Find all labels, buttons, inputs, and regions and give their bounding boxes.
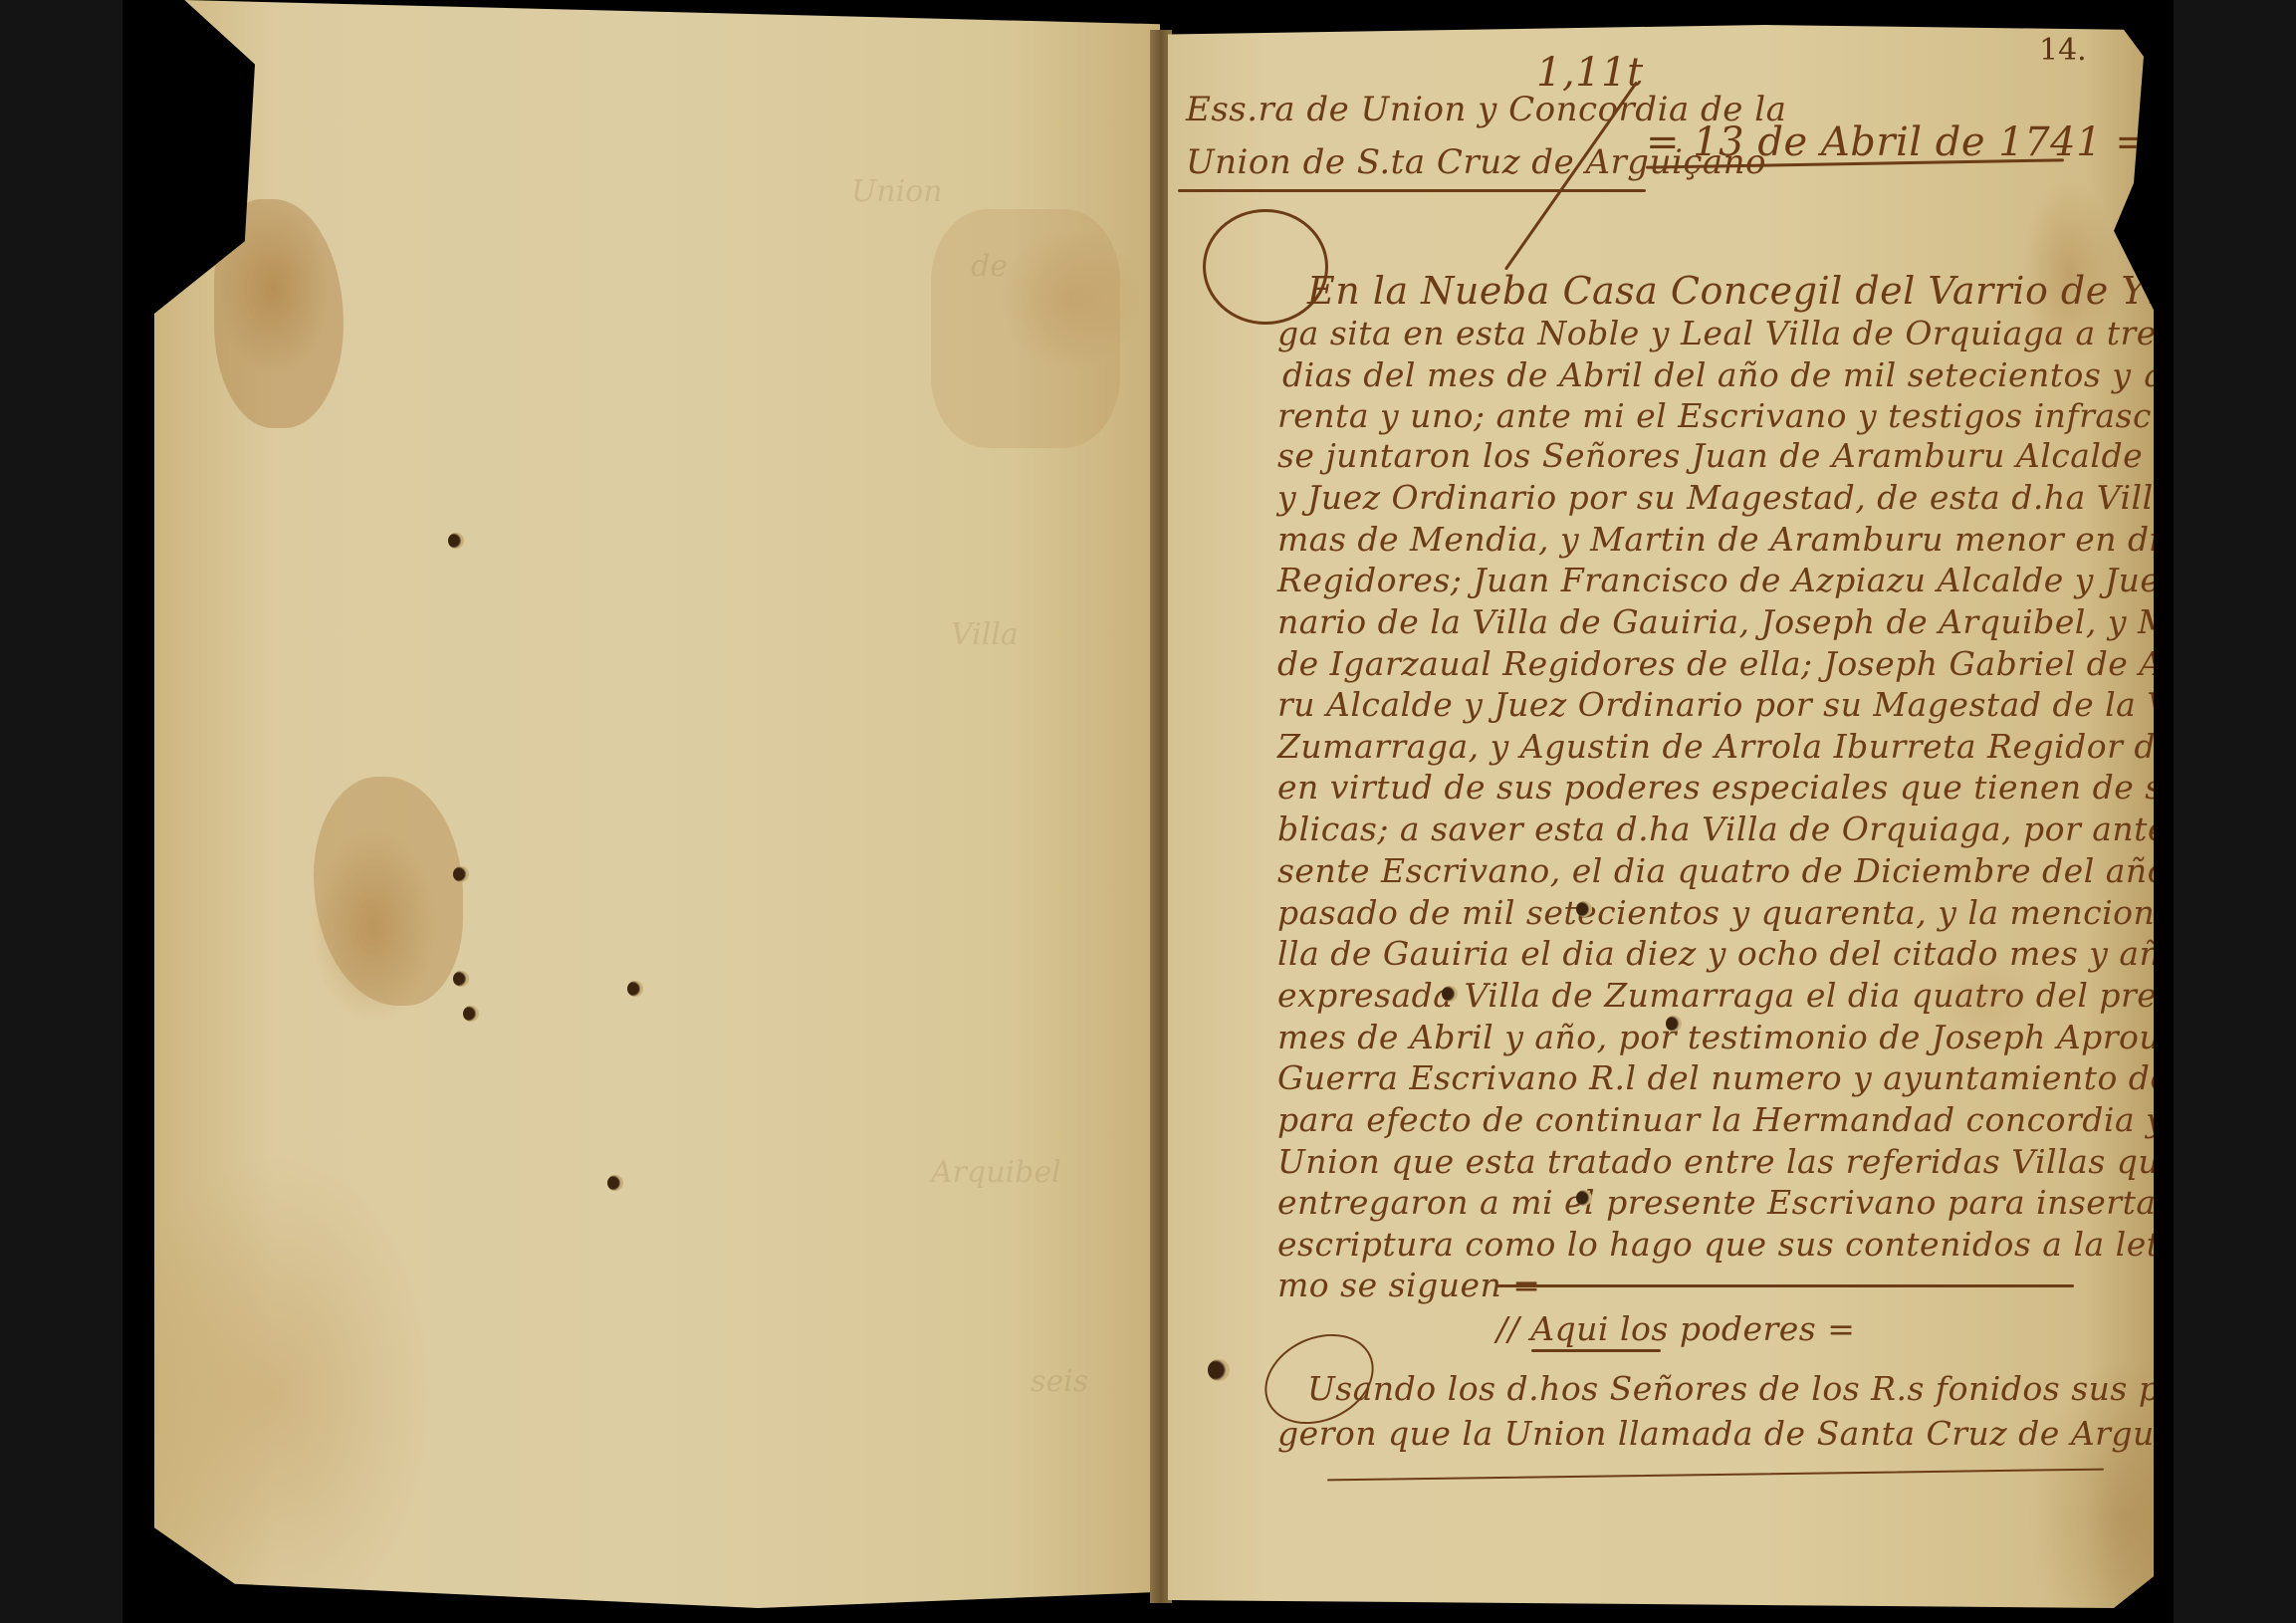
worm-hole	[607, 1175, 623, 1191]
water-stain	[214, 199, 344, 428]
body-line: blicas; a saver esta d.ha Villa de Orqui…	[1277, 810, 2174, 848]
bleed-through-text: Villa	[951, 617, 1019, 652]
body-line: sente Escrivano, el dia quatro de Diciem…	[1277, 851, 2174, 890]
bleed-through-text: de	[971, 249, 1008, 284]
worm-hole	[627, 981, 643, 997]
bleed-through-text: Union	[851, 174, 943, 209]
body-line: se juntaron los Señores Juan de Aramburu…	[1277, 436, 2143, 475]
body-line: escriptura como lo hago que sus contenid…	[1277, 1225, 2174, 1264]
worm-hole	[1666, 1016, 1682, 1032]
worm-hole	[453, 971, 469, 987]
water-stain	[314, 777, 463, 1006]
body-line: ga sita en esta Noble y Leal Villa de Or…	[1277, 314, 2174, 352]
body-line: expresada Villa de Zumarraga el dia quat…	[1277, 976, 2174, 1015]
worm-hole	[1576, 901, 1592, 917]
worm-hole	[453, 866, 469, 882]
heading-date: = 13 de Abril de 1741 =	[1646, 119, 2149, 165]
body-line: renta y uno; ante mi el Escrivano y test…	[1277, 396, 2174, 435]
water-stain	[931, 209, 1120, 448]
body-line: ru Alcalde y Juez Ordinario por su Mages…	[1277, 685, 2174, 724]
body-line: Regidores; Juan Francisco de Azpiazu Alc…	[1277, 561, 2174, 599]
manuscript-stage: Union de Villa Arquibel seis 14. Ess.ra …	[122, 0, 2174, 1623]
body-line: dias del mes de Abril del año de mil set…	[1282, 355, 2174, 394]
body-line: Guerra Escrivano R.l del numero y ayunta…	[1277, 1058, 2174, 1097]
left-page: Union de Villa Arquibel seis	[154, 0, 1160, 1608]
body-line: Zumarraga, y Agustin de Arrola Iburreta …	[1277, 727, 2174, 766]
section-underline	[1531, 1349, 1661, 1352]
worm-hole	[1576, 1190, 1592, 1206]
line-filler-rule	[1496, 1284, 2074, 1287]
body-line: lla de Gauiria el dia diez y ocho del ci…	[1277, 934, 2174, 973]
worm-hole	[463, 1006, 479, 1022]
body-line: en virtud de sus poderes especiales que …	[1277, 768, 2174, 807]
body-line: Union que esta tratado entre las referid…	[1277, 1142, 2174, 1181]
body-line: de Igarzaual Regidores de ella; Joseph G…	[1277, 644, 2174, 683]
worm-hole	[1442, 986, 1458, 1002]
continuation-line: Usando los d.hos Señores de los R.s foni…	[1307, 1369, 2174, 1408]
body-line: mas de Mendia, y Martin de Aramburu meno…	[1277, 520, 2174, 559]
body-line: En la Nueba Casa Concegil del Varrio de …	[1307, 269, 2174, 313]
section-heading: // Aqui los poderes =	[1496, 1309, 1855, 1348]
continuation-line: geron que la Union llamada de Santa Cruz…	[1277, 1414, 2174, 1453]
body-line: entregaron a mi el presente Escrivano pa…	[1277, 1183, 2174, 1222]
heading-annotation: 1,11t	[1536, 50, 1644, 96]
body-line: y Juez Ordinario por su Magestad, de est…	[1277, 478, 2174, 517]
folio-number: 14.	[2039, 33, 2087, 68]
body-line: mes de Abril y año, por testimonio de Jo…	[1277, 1018, 2174, 1056]
body-line: para efecto de continuar la Hermandad co…	[1277, 1100, 2165, 1139]
body-line: nario de la Villa de Gauiria, Joseph de …	[1277, 602, 2174, 641]
bleed-through-text: seis	[1031, 1364, 1088, 1399]
closing-rule	[1327, 1469, 2104, 1482]
right-page: 14. Ess.ra de Union y Concordia de la 1,…	[1168, 25, 2164, 1608]
worm-hole	[1208, 1359, 1230, 1381]
worm-hole	[448, 533, 464, 549]
heading-underline	[1178, 189, 1646, 192]
bleed-through-text: Arquibel	[931, 1155, 1061, 1190]
body-line: pasado de mil setecientos y quarenta, y …	[1277, 893, 2174, 932]
